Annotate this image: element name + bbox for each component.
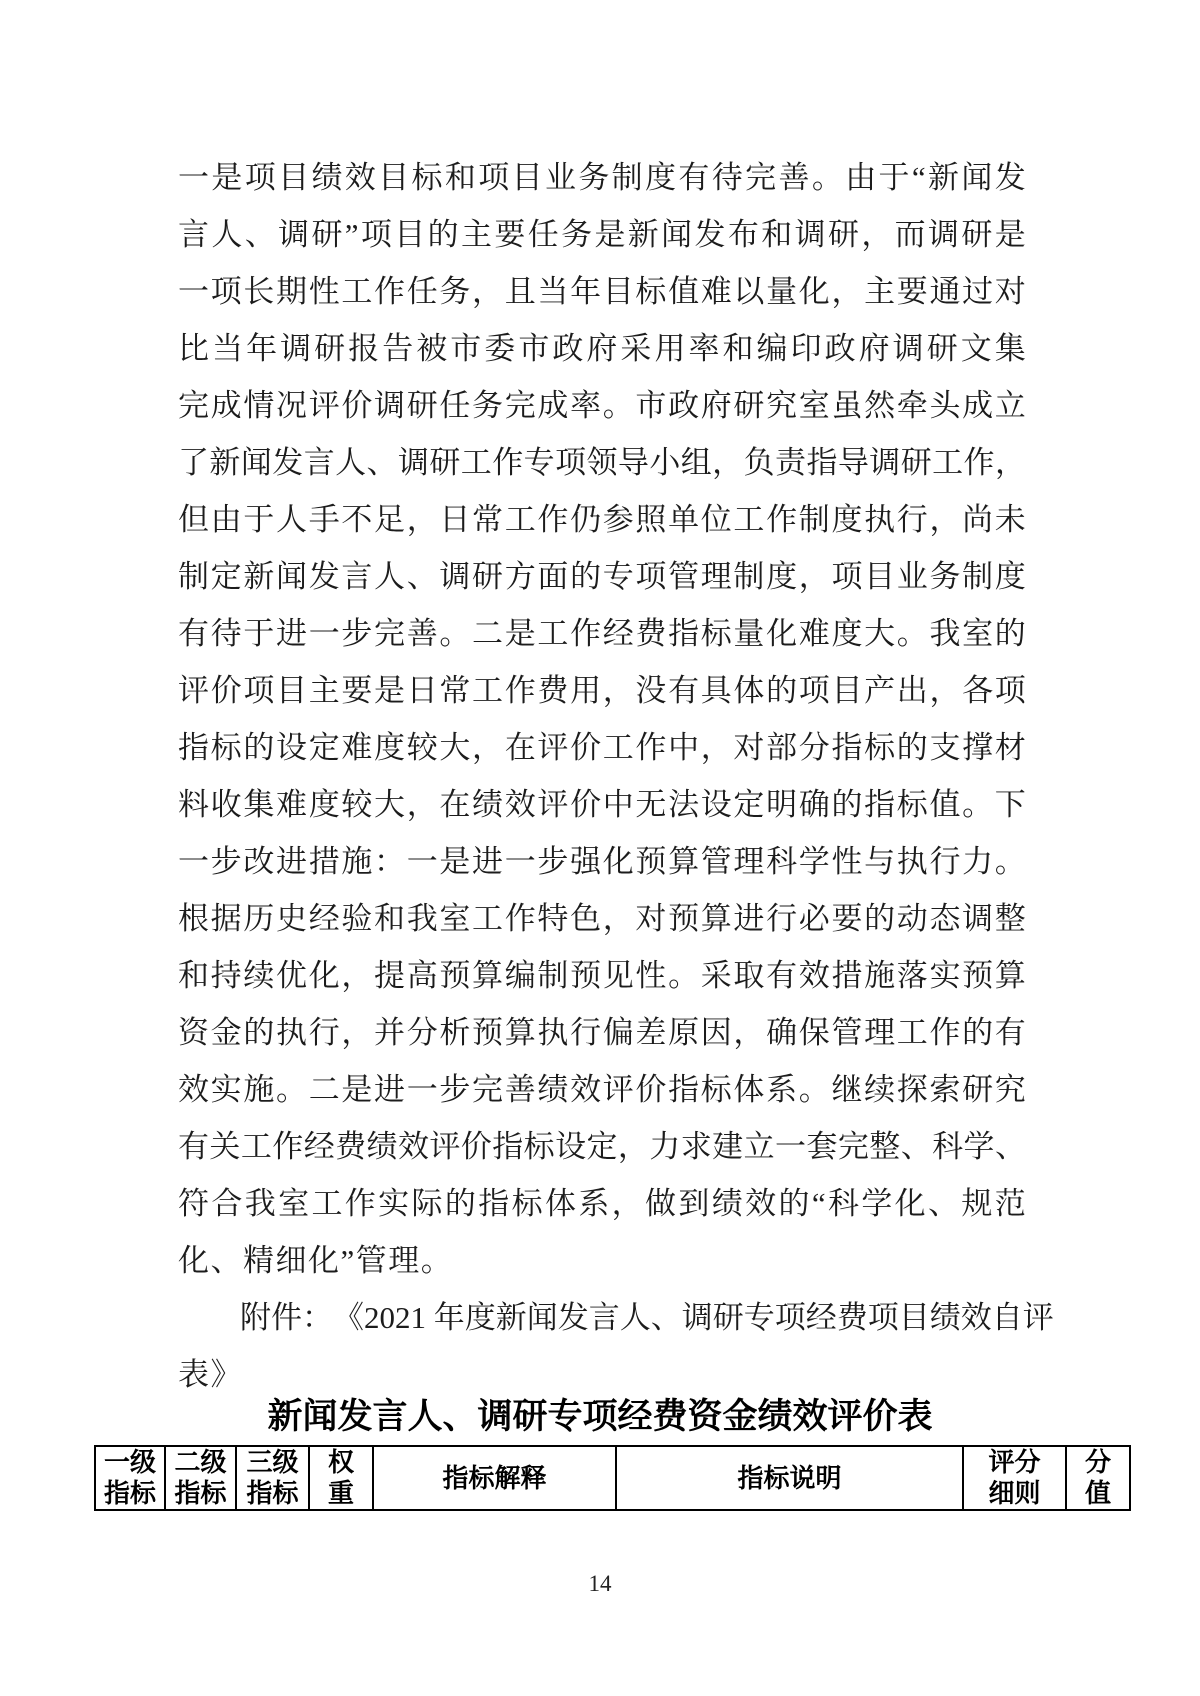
body-text-line: 有关工作经费绩效评价指标设定，力求建立一套完整、科学、 bbox=[178, 1118, 1026, 1175]
body-text-line: 制定新闻发言人、调研方面的专项管理制度，项目业务制度 bbox=[178, 548, 1026, 605]
body-text-line: 一步改进措施：一是进一步强化预算管理科学性与执行力。 bbox=[178, 833, 1026, 890]
body-text-line: 评价项目主要是日常工作费用，没有具体的项目产出，各项 bbox=[178, 662, 1026, 719]
body-text-line: 一是项目绩效目标和项目业务制度有待完善。由于“新闻发 bbox=[178, 149, 1026, 206]
body-text-line: 一项长期性工作任务，且当年目标值难以量化，主要通过对 bbox=[178, 263, 1026, 320]
page-number: 14 bbox=[0, 1570, 1200, 1598]
body-text-line: 符合我室工作实际的指标体系，做到绩效的“科学化、规范 bbox=[178, 1175, 1026, 1232]
body-text-line: 资金的执行，并分析预算执行偏差原因，确保管理工作的有 bbox=[178, 1004, 1026, 1061]
body-text-line: 但由于人手不足，日常工作仍参照单位工作制度执行，尚未 bbox=[178, 491, 1026, 548]
body-text-line: 有待于进一步完善。二是工作经费指标量化难度大。我室的 bbox=[178, 605, 1026, 662]
body-text-line: 料收集难度较大，在绩效评价中无法设定明确的指标值。下 bbox=[178, 776, 1026, 833]
table-title: 新闻发言人、调研专项经费资金绩效评价表 bbox=[0, 1392, 1200, 1442]
table-header-level3-indicator: 三级 指标 bbox=[237, 1447, 310, 1509]
table-header-indicator-description: 指标说明 bbox=[617, 1447, 964, 1509]
body-text-line: 化、精细化”管理。 bbox=[178, 1232, 1026, 1289]
body-text-line: 指标的设定难度较大，在评价工作中，对部分指标的支撑材 bbox=[178, 719, 1026, 776]
body-text-line: 完成情况评价调研任务完成率。市政府研究室虽然牵头成立 bbox=[178, 377, 1026, 434]
attachment-note-line: 附件：《2021 年度新闻发言人、调研专项经费项目绩效自评 bbox=[178, 1289, 1026, 1346]
body-text-line: 和持续优化，提高预算编制预见性。采取有效措施落实预算 bbox=[178, 947, 1026, 1004]
document-page: 一是项目绩效目标和项目业务制度有待完善。由于“新闻发 言人、调研”项目的主要任务… bbox=[0, 0, 1200, 1696]
table-header-score: 分 值 bbox=[1067, 1447, 1129, 1509]
evaluation-table-header: 一级 指标 二级 指标 三级 指标 权 重 指标解释 指标说明 评分 细则 分 … bbox=[94, 1445, 1131, 1511]
table-header-level1-indicator: 一级 指标 bbox=[96, 1447, 166, 1509]
body-text-line: 比当年调研报告被市委市政府采用率和编印政府调研文集 bbox=[178, 320, 1026, 377]
table-header-indicator-explanation: 指标解释 bbox=[374, 1447, 617, 1509]
table-header-weight: 权 重 bbox=[310, 1447, 374, 1509]
body-text-line: 了新闻发言人、调研工作专项领导小组，负责指导调研工作， bbox=[178, 434, 1026, 491]
body-text-line: 效实施。二是进一步完善绩效评价指标体系。继续探索研究 bbox=[178, 1061, 1026, 1118]
body-text-line: 根据历史经验和我室工作特色，对预算进行必要的动态调整 bbox=[178, 890, 1026, 947]
body-text-line: 言人、调研”项目的主要任务是新闻发布和调研，而调研是 bbox=[178, 206, 1026, 263]
table-header-level2-indicator: 二级 指标 bbox=[166, 1447, 237, 1509]
table-header-scoring-rules: 评分 细则 bbox=[964, 1447, 1067, 1509]
body-text-block: 一是项目绩效目标和项目业务制度有待完善。由于“新闻发 言人、调研”项目的主要任务… bbox=[178, 149, 1026, 1403]
